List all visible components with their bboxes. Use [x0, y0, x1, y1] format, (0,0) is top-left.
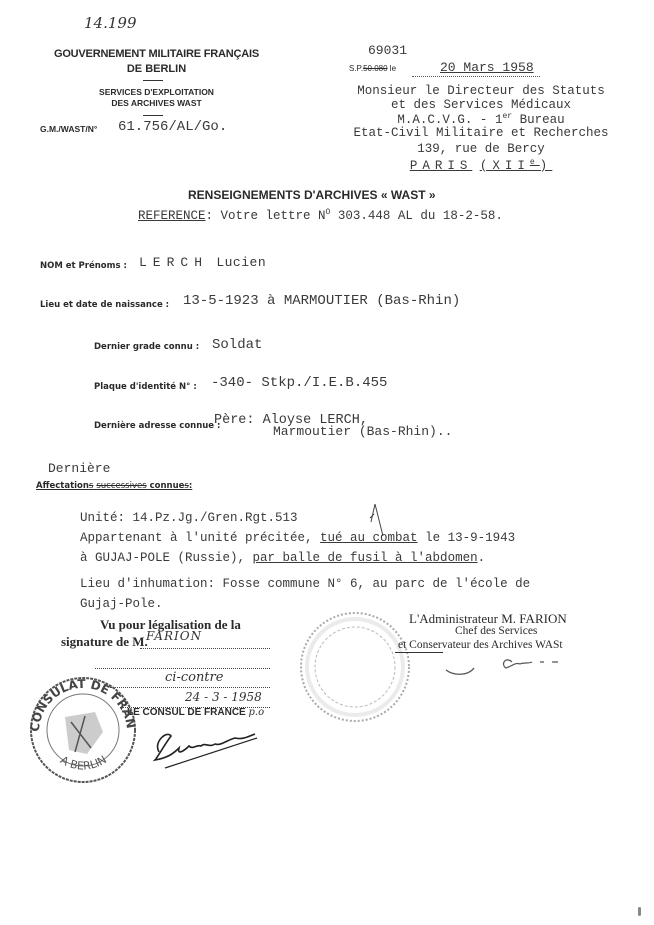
cause-of-death: par balle de fusil à l'abdomen [253, 551, 478, 565]
surname: LERCH [139, 255, 208, 270]
header-divider [143, 80, 163, 81]
administrator-signature-icon [440, 650, 590, 680]
signatory-rule [395, 652, 443, 653]
death-line2: à GUJAJ-POLE (Russie), par balle de fusi… [80, 551, 485, 565]
letter-date: 20 Mars 1958 [440, 60, 534, 75]
consul-title-text: LE CONSUL DE FRANCE [127, 707, 246, 718]
gm-number-value: 61.756/AL/Go. [118, 119, 227, 135]
firstname: Lucien [216, 255, 266, 270]
killed-in-action: tué au combat [320, 531, 418, 545]
assignment-prefix: Dernière [48, 461, 110, 476]
assignment-label-start: Affectation [36, 481, 89, 491]
recipient-line3: M.A.C.V.G. - 1er Bureau [336, 112, 626, 127]
address-label: Dernière adresse connue : [94, 421, 220, 431]
reference-label: REFERENCE [138, 209, 206, 223]
recipient-line5: 139, rue de Bercy [336, 142, 626, 156]
reference-line: REFERENCE: Votre lettre NO 303.448 AL du… [138, 208, 503, 223]
district-close: ) [540, 159, 553, 173]
service-name-line2: DES ARCHIVES WAST [44, 98, 269, 108]
address-line2: Marmoutier (Bas-Rhin).. [273, 424, 452, 439]
archive-document-page: 14.199 GOUVERNEMENT MILITAIRE FRANÇAIS D… [0, 0, 654, 925]
birth-value: 13-5-1923 à MARMOUTIER (Bas-Rhin) [183, 293, 460, 309]
svg-text:A BERLIN: A BERLIN [58, 753, 109, 773]
org-name-line2: DE BERLIN [44, 63, 269, 75]
recipient-city: PARIS (XIIe) [336, 158, 626, 173]
legalised-name: FARION [146, 629, 202, 643]
recipient-line3-sup: er [502, 112, 512, 121]
death-line2-end: . [478, 551, 486, 565]
death-place: à GUJAJ-POLE (Russie), [80, 551, 253, 565]
rank-value: Soldat [212, 337, 262, 353]
recipient-line1: Monsieur le Directeur des Statuts [336, 84, 626, 98]
handwritten-file-number: 14.199 [84, 14, 137, 32]
le-label: le [390, 64, 396, 73]
unit-line: Unité: 14.Pz.Jg./Gren.Rgt.513 [80, 511, 298, 525]
birth-label: Lieu et date de naissance : [40, 300, 169, 310]
handwritten-legalisation-date: 24 - 3 - 1958 [185, 690, 262, 704]
id-tag-label: Plaque d'identité N° : [94, 382, 197, 392]
assignment-label-end: connue [150, 481, 185, 491]
assignment-struck-s: s [89, 481, 93, 491]
document-title: RENSEIGNEMENTS D'ARCHIVES « WAST » [188, 188, 436, 202]
assignment-struck-word: successives [96, 481, 146, 491]
stamp-text-bottom: A BERLIN [58, 753, 109, 773]
gm-number-label: G.M./WAST/N° [40, 124, 97, 134]
reference-text: : Votre lettre N [206, 209, 326, 223]
service-name-line1: SERVICES D'EXPLOITATION [44, 87, 269, 97]
id-tag-value: -340- Stkp./I.E.B.455 [211, 375, 387, 391]
recipient-district: (XIIe) [480, 159, 552, 173]
date-dotted-line [412, 76, 540, 77]
archive-stamp-icon [298, 610, 413, 725]
legalisation-line2: signature de M. [61, 634, 148, 650]
signatory-line2: Chef des Services [455, 625, 537, 637]
reference-rest: 303.448 AL du 18-2-58. [330, 209, 503, 223]
sp-prefix: S.P. [349, 64, 363, 73]
death-date: le 13-9-1943 [418, 531, 516, 545]
burial-line2: Gujaj-Pole. [80, 597, 163, 611]
rank-label: Dernier grade connu : [94, 342, 199, 352]
district-text: (XII [480, 159, 530, 173]
death-line1-a: Appartenant à l'unité précitée, [80, 531, 320, 545]
dotted-line [95, 668, 270, 669]
consulate-stamp-icon: CONSULAT DE FRANCE A BERLIN [25, 672, 140, 784]
reference-number: 69031 [368, 43, 407, 58]
assignment-colon: : [189, 481, 192, 491]
recipient-city-name: PARIS [410, 159, 473, 173]
name-label: NOM et Prénoms : [40, 261, 127, 271]
org-name-line1: GOUVERNEMENT MILITAIRE FRANÇAIS [44, 48, 269, 60]
district-sup: e [530, 158, 540, 167]
dotted-line [140, 648, 270, 649]
burial-line1: Lieu d'inhumation: Fosse commune N° 6, a… [80, 577, 530, 591]
death-line1: Appartenant à l'unité précitée, tué au c… [80, 531, 515, 545]
paper-mark [638, 907, 641, 916]
assignment-label: Affectations successives connues: [36, 481, 192, 491]
sp-struck-number: 50.080 [363, 64, 387, 73]
consul-po: p.o [249, 707, 265, 718]
recipient-line2: et des Services Médicaux [336, 98, 626, 112]
sp-label: S.P.50.080 le [349, 64, 396, 73]
header-divider [143, 115, 163, 116]
consul-signature-icon [145, 722, 265, 772]
name-value: LERCH Lucien [139, 255, 266, 270]
consul-title: LE CONSUL DE FRANCE p.o [127, 707, 264, 718]
recipient-line4: Etat-Civil Militaire et Recherches [336, 126, 626, 140]
handwritten-ci-contre: ci-contre [165, 670, 223, 685]
